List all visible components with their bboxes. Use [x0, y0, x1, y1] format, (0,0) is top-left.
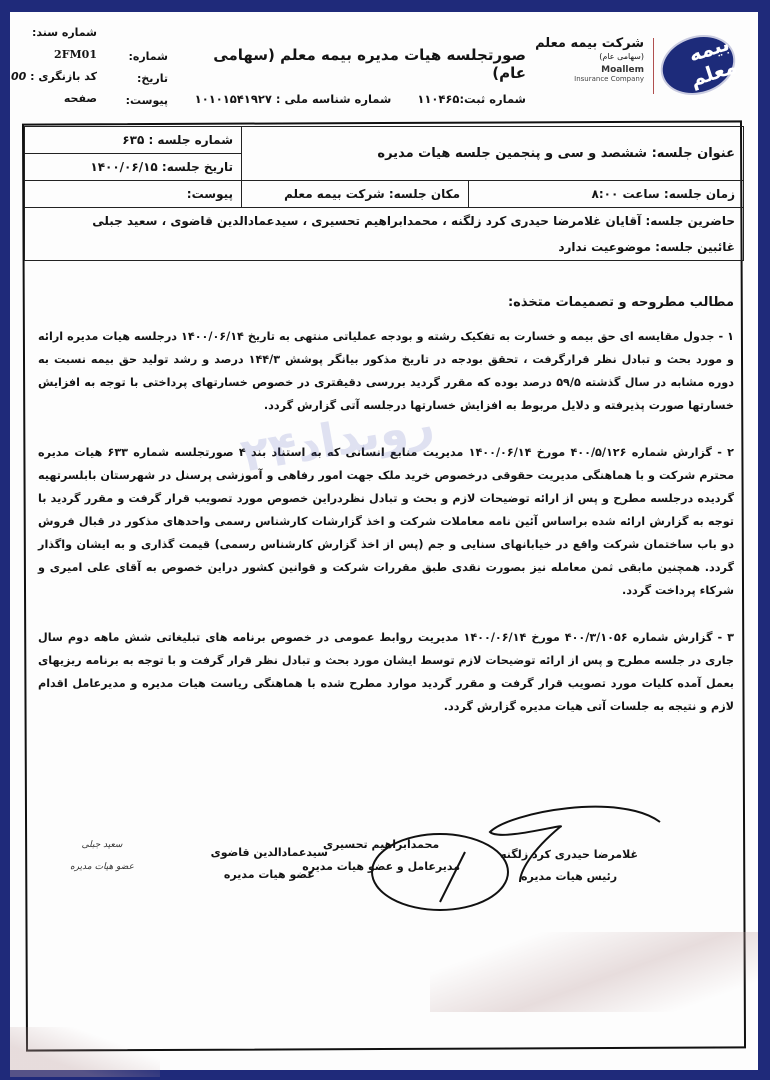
- meta-labels: شماره: تاریخ: پیوست:: [126, 46, 168, 112]
- signature-member-2: سعید جبلی عضو هیات مدیره: [70, 834, 134, 878]
- document-page: بیمه معلم شرکت بیمه معلم (سهامی عام) Moa…: [10, 12, 758, 1070]
- session-time: زمان جلسه: ساعت ۸:۰۰: [469, 181, 744, 208]
- national-id: شماره شناسه ملی : ۱۰۱۰۱۵۴۱۹۲۷: [195, 92, 392, 106]
- scan-shadow: [430, 932, 758, 1012]
- signer-name: سعید جبلی: [70, 834, 134, 856]
- scan-shadow: [10, 1027, 160, 1077]
- signature-member: سیدعمادالدین قاضوی عضو هیات مدیره: [211, 842, 328, 886]
- page-title: صورتجلسه هیات مدیره بیمه معلم (سهامی عام…: [186, 46, 526, 82]
- resolution-item: ۳ - گزارش شماره ۴۰۰/۳/۱۰۵۶ مورخ ۱۴۰۰/۰۶/…: [38, 626, 734, 718]
- session-date: تاریخ جلسه: ۱۴۰۰/۰۶/۱۵: [25, 154, 242, 181]
- registration-line: شماره ثبت:۱۱۰۴۶۵ شماره شناسه ملی : ۱۰۱۰۱…: [186, 92, 526, 106]
- company-name: شرکت بیمه معلم: [534, 36, 644, 51]
- revision-row: کد بازنگری : 00: [2, 66, 97, 88]
- document-header: صورتجلسه هیات مدیره بیمه معلم (سهامی عام…: [186, 46, 526, 106]
- resolutions-list: ۱ - جدول مقایسه ای حق بیمه و خسارت به تف…: [38, 325, 734, 742]
- attachment-label: پیوست:: [126, 90, 168, 112]
- page-label: صفحه: [2, 88, 97, 110]
- doc-number-label: شماره سند:: [32, 26, 97, 39]
- company-logo: بیمه معلم: [653, 26, 743, 105]
- doc-number-row: شماره سند: 2FM01: [2, 22, 97, 66]
- revision-code: 00: [11, 70, 26, 83]
- signer-name: سیدعمادالدین قاضوی: [211, 842, 328, 864]
- logo-divider: [653, 38, 654, 94]
- signer-name: غلامرضا حیدری کرد زلگنه: [500, 844, 638, 866]
- session-info-table: عنوان جلسه: ششصد و سی و پنجمین جلسه هیات…: [24, 126, 744, 261]
- signature-chairman: غلامرضا حیدری کرد زلگنه رئیس هیات مدیره: [500, 844, 638, 888]
- attendees: حاضرین جلسه: آقایان غلامرضا حیدری کرد زل…: [25, 208, 744, 235]
- resolution-item: ۲ - گزارش شماره ۴۰۰/۵/۱۲۶ مورخ ۱۴۰۰/۰۶/۱…: [38, 441, 734, 602]
- revision-label: کد بازنگری :: [30, 70, 97, 83]
- signer-role: عضو هیات مدیره: [70, 856, 134, 878]
- absentees: غائبین جلسه: موضوعیت ندارد: [25, 234, 744, 261]
- document-meta: شماره سند: 2FM01 کد بازنگری : 00 صفحه: [2, 22, 97, 110]
- session-title: عنوان جلسه: ششصد و سی و پنجمین جلسه هیات…: [242, 127, 744, 181]
- company-sub-en: Insurance Company: [534, 75, 644, 83]
- company-name-en: Moallem: [534, 65, 644, 75]
- registration-number: شماره ثبت:۱۱۰۴۶۵: [417, 92, 526, 106]
- signer-role: عضو هیات مدیره: [211, 864, 328, 886]
- date-label: تاریخ:: [126, 68, 168, 90]
- section-title: مطالب مطروحه و تصمیمات متخذه:: [508, 295, 734, 310]
- logo-text: بیمه معلم: [656, 31, 739, 99]
- number-label: شماره:: [126, 46, 168, 68]
- session-number: شماره جلسه : ۶۳۵: [25, 127, 242, 154]
- session-attachment: پیوست:: [25, 181, 242, 208]
- session-location: مکان جلسه: شرکت بیمه معلم: [242, 181, 469, 208]
- signer-role: رئیس هیات مدیره: [500, 866, 638, 888]
- doc-number: 2FM01: [54, 48, 97, 61]
- company-type: (سهامی عام): [534, 52, 644, 61]
- company-block: شرکت بیمه معلم (سهامی عام) Moallem Insur…: [534, 36, 644, 83]
